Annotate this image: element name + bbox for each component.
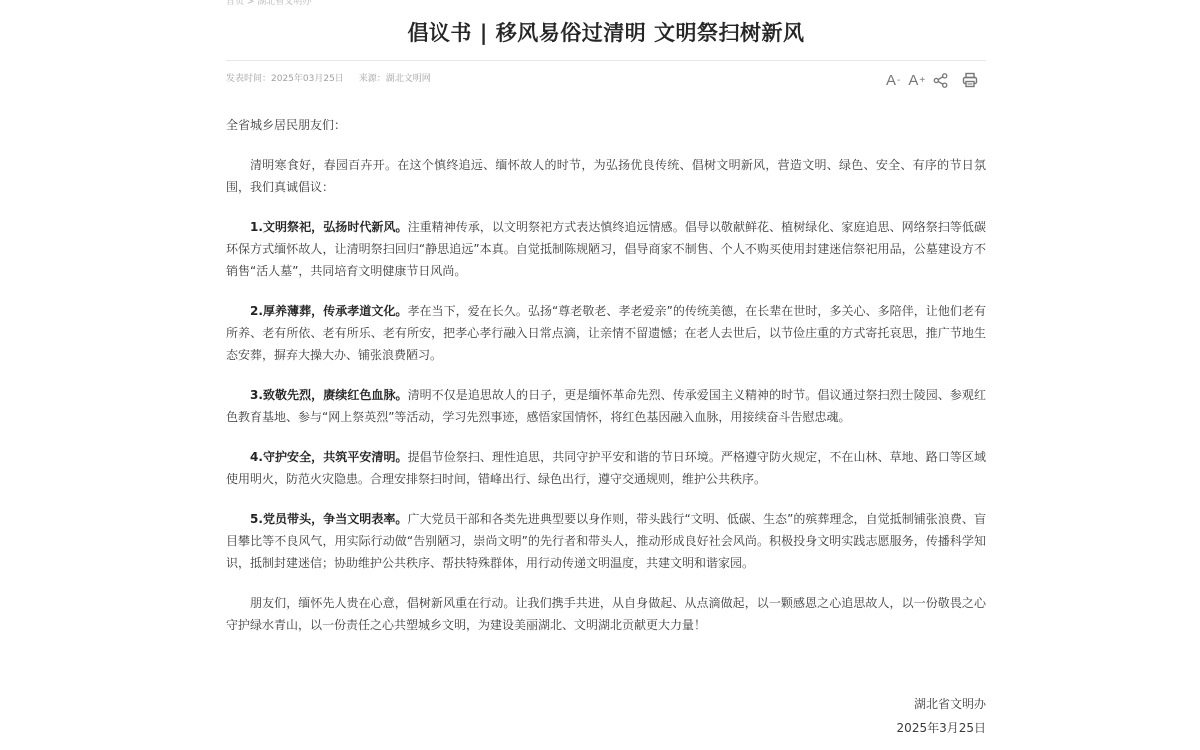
- share-button[interactable]: [933, 70, 948, 90]
- proposal-heading: 1.文明祭祀，弘扬时代新风。: [250, 220, 408, 234]
- source: 来源：湖北文明网: [359, 74, 431, 84]
- proposal-item-1: 1.文明祭祀，弘扬时代新风。注重精神传承，以文明祭祀方式表达慎终追远情感。倡导以…: [226, 216, 986, 282]
- proposal-heading: 4.守护安全，共筑平安清明。: [250, 450, 408, 464]
- proposal-item-4: 4.守护安全，共筑平安清明。提倡节俭祭扫、理性追思，共同守护平安和谐的节日环境。…: [226, 446, 986, 490]
- proposal-heading: 2.厚养薄葬，传承孝道文化。: [250, 304, 407, 318]
- minus-sup: -: [897, 75, 900, 86]
- greeting: 全省城乡居民朋友们：: [226, 114, 986, 136]
- title-divider: [226, 60, 986, 61]
- font-decrease-label: A: [886, 72, 896, 89]
- signature-block: 湖北省文明办 2025年3月25日: [226, 692, 986, 740]
- article-body: 全省城乡居民朋友们： 清明寒食好，春园百卉开。在这个慎终追远、缅怀故人的时节，为…: [226, 114, 986, 654]
- proposal-item-5: 5.党员带头，争当文明表率。广大党员干部和各类先进典型要以身作则，带头践行“文明…: [226, 508, 986, 574]
- intro-paragraph: 清明寒食好，春园百卉开。在这个慎终追远、缅怀故人的时节，为弘扬优良传统、倡树文明…: [226, 154, 986, 198]
- font-decrease-button[interactable]: A-: [886, 70, 900, 90]
- publish-time: 发表时间：2025年03月25日: [226, 74, 344, 84]
- font-increase-button[interactable]: A+: [908, 70, 925, 90]
- proposal-item-3: 3.致敬先烈，赓续红色血脉。清明不仅是追思故人的日子，更是缅怀革命先烈、传承爱国…: [226, 384, 986, 428]
- font-increase-label: A: [908, 72, 918, 89]
- proposal-heading: 3.致敬先烈，赓续红色血脉。: [250, 388, 408, 402]
- proposal-heading: 5.党员带头，争当文明表率。: [250, 512, 407, 526]
- proposal-item-2: 2.厚养薄葬，传承孝道文化。孝在当下，爱在长久。弘扬“尊老敬老、孝老爱亲”的传统…: [226, 300, 986, 366]
- breadcrumb[interactable]: 首页 > 湖北省文明办: [226, 0, 311, 7]
- signature-org: 湖北省文明办: [226, 692, 986, 716]
- article-meta: 发表时间：2025年03月25日 来源：湖北文明网: [226, 71, 443, 84]
- page-title: 倡议书 | 移风易俗过清明 文明祭扫树新风: [226, 17, 986, 47]
- share-icon: [933, 73, 948, 88]
- print-icon: [962, 72, 978, 88]
- signature-date: 2025年3月25日: [226, 716, 986, 740]
- print-button[interactable]: [962, 70, 978, 90]
- closing-paragraph: 朋友们，缅怀先人贵在心意，倡树新风重在行动。让我们携手共进，从自身做起、从点滴做…: [226, 592, 986, 636]
- plus-sup: +: [919, 75, 925, 86]
- article-tools: A- A+: [886, 70, 978, 90]
